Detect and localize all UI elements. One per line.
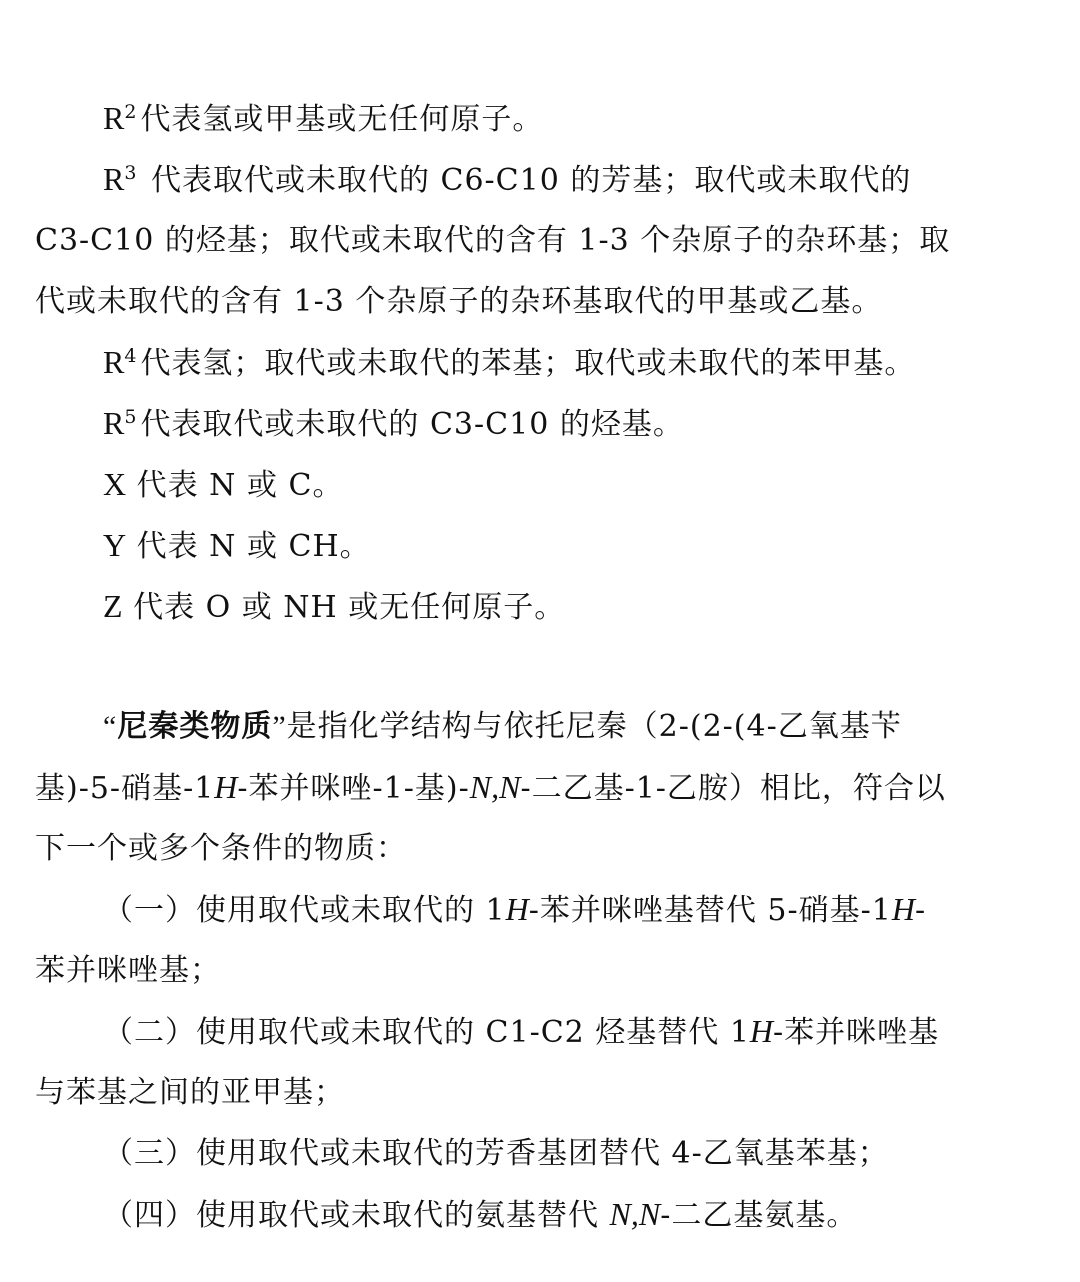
open-quote: “ [103,710,117,743]
paragraph-gap [35,637,1000,696]
condition-label: （三） [103,1136,196,1171]
italic-h: H [214,769,237,805]
symbol: X [103,466,126,502]
condition-4: （四）使用取代或未取代的氨基替代 N,N-二乙基氨基。 [35,1184,1000,1245]
definition-r5: R5代表取代或未取代的 C3-C10 的烃基。 [35,393,1000,454]
condition-1-line2: 苯并咪唑基； [35,940,1000,1001]
condition-text: 使用取代或未取代的芳香基团替代 4-乙氧基苯基； [196,1136,889,1171]
definition-r3-line2: C3-C10 的烃基；取代或未取代的含有 1-3 个杂原子的杂环基；取 [35,210,1000,271]
definition-text: 代或未取代的含有 1-3 个杂原子的杂环基取代的甲基或乙基。 [35,284,882,319]
condition-1-line1: （一）使用取代或未取代的 1H-苯并咪唑基替代 5-硝基-1H- [35,879,1000,940]
superscript: 2 [124,101,137,123]
condition-text: 使用取代或未取代的 1 [196,893,506,928]
definition-text: 基)-5-硝基-1 [35,771,214,806]
definition-r4: R4代表氢；取代或未取代的苯基；取代或未取代的苯甲基。 [35,332,1000,393]
condition-2-line2: 与苯基之间的亚甲基； [35,1062,1000,1123]
condition-text: -苯并咪唑基 [773,1015,939,1050]
symbol: R [103,344,124,380]
symbol: Y [103,527,126,563]
definition-text: 代表氢；取代或未取代的苯基；取代或未取代的苯甲基。 [140,346,915,381]
document-page: R2代表氢或甲基或无任何原子。 R3 代表取代或未取代的 C6-C10 的芳基；… [35,88,1000,1245]
definition-text: -苯并咪唑-1-基)- [237,771,469,806]
condition-text: -苯并咪唑基替代 5-硝基-1 [529,893,892,928]
superscript: 4 [124,345,137,367]
definition-z: Z 代表 O 或 NH 或无任何原子。 [35,576,1000,637]
superscript: 5 [124,406,137,428]
definition-text: 代表 N 或 C。 [126,468,343,503]
term-definition-line2: 基)-5-硝基-1H-苯并咪唑-1-基)-N,N-二乙基-1-乙胺）相比，符合以 [35,757,1000,818]
definition-text: 代表氢或甲基或无任何原子。 [140,102,543,137]
defined-term: 尼秦类物质 [117,709,272,744]
symbol: R [103,161,124,197]
italic-h: H [506,891,529,927]
condition-text: 使用取代或未取代的 C1-C2 烃基替代 1 [196,1015,750,1050]
definition-r3-line1: R3 代表取代或未取代的 C6-C10 的芳基；取代或未取代的 [35,149,1000,210]
symbol: Z [103,588,123,624]
definition-text: 下一个或多个条件的物质： [35,831,407,866]
italic-h: H [892,891,915,927]
definition-x: X 代表 N 或 C。 [35,454,1000,515]
term-definition-line3: 下一个或多个条件的物质： [35,818,1000,879]
italic-nn: N,N [470,769,521,805]
close-quote: ” [272,710,286,743]
condition-text: 苯并咪唑基； [35,953,221,988]
italic-h: H [750,1013,773,1049]
definition-text: 代表取代或未取代的 C6-C10 的芳基；取代或未取代的 [140,163,911,198]
condition-text: 与苯基之间的亚甲基； [35,1075,345,1110]
definition-text: 代表 O 或 NH 或无任何原子。 [123,590,566,625]
condition-3: （三）使用取代或未取代的芳香基团替代 4-乙氧基苯基； [35,1123,1000,1184]
condition-text: 使用取代或未取代的氨基替代 [196,1198,610,1233]
superscript: 3 [124,162,137,184]
definition-text: 是指化学结构与依托尼秦（2-(2-(4-乙氧基苄 [287,709,902,744]
definition-r2: R2代表氢或甲基或无任何原子。 [35,88,1000,149]
definition-text: 代表取代或未取代的 C3-C10 的烃基。 [140,407,683,442]
condition-label: （二） [103,1015,196,1050]
definition-r3-line3: 代或未取代的含有 1-3 个杂原子的杂环基取代的甲基或乙基。 [35,271,1000,332]
definition-text: 代表 N 或 CH。 [126,529,371,564]
definition-text: C3-C10 的烃基；取代或未取代的含有 1-3 个杂原子的杂环基；取 [35,223,950,258]
term-definition-line1: “尼秦类物质”是指化学结构与依托尼秦（2-(2-(4-乙氧基苄 [35,696,1000,757]
condition-label: （一） [103,893,196,928]
definition-text: -二乙基-1-乙胺）相比，符合以 [520,771,946,806]
definition-y: Y 代表 N 或 CH。 [35,515,1000,576]
italic-nn: N,N [610,1196,661,1232]
condition-label: （四） [103,1198,196,1233]
symbol: R [103,100,124,136]
condition-text: - [915,893,926,928]
condition-text: -二乙基氨基。 [660,1198,857,1233]
condition-2-line1: （二）使用取代或未取代的 C1-C2 烃基替代 1H-苯并咪唑基 [35,1001,1000,1062]
symbol: R [103,405,124,441]
